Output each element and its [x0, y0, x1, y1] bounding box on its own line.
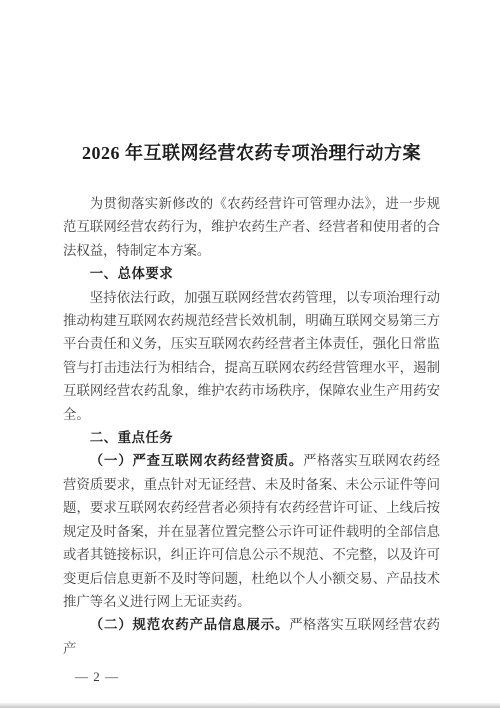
item-1-lead: （一）严查互联网农药经营资质。	[90, 453, 303, 468]
item-2-lead: （二）规范农药产品信息展示。	[90, 617, 289, 632]
section-2-heading: 二、重点任务	[63, 426, 440, 449]
item-1-body: 严格落实互联网农药经营资质要求，重点针对无证经营、未及时备案、未公示证件等问题，…	[63, 453, 440, 608]
document-title: 2026 年互联网经营农药专项治理行动方案	[63, 140, 440, 166]
section-2-item-1: （一）严查互联网农药经营资质。严格落实互联网农药经营资质要求，重点针对无证经营、…	[63, 449, 440, 613]
page-number: — 2 —	[63, 668, 440, 686]
section-1-paragraph: 坚持依法行政，加强互联网经营农药管理，以专项治理行动推动构建互联网农药规范经营长…	[63, 286, 440, 426]
document-page: 2026 年互联网经营农药专项治理行动方案 为贯彻落实新修改的《农药经营许可管理…	[0, 0, 500, 708]
intro-paragraph: 为贯彻落实新修改的《农药经营许可管理办法》，进一步规范互联网经营农药行为，维护农…	[63, 192, 440, 262]
section-2-item-2: （二）规范农药产品信息展示。严格落实互联网经营农药产	[63, 613, 440, 660]
section-1-heading: 一、总体要求	[63, 262, 440, 285]
document-content: 2026 年互联网经营农药专项治理行动方案 为贯彻落实新修改的《农药经营许可管理…	[63, 0, 440, 686]
